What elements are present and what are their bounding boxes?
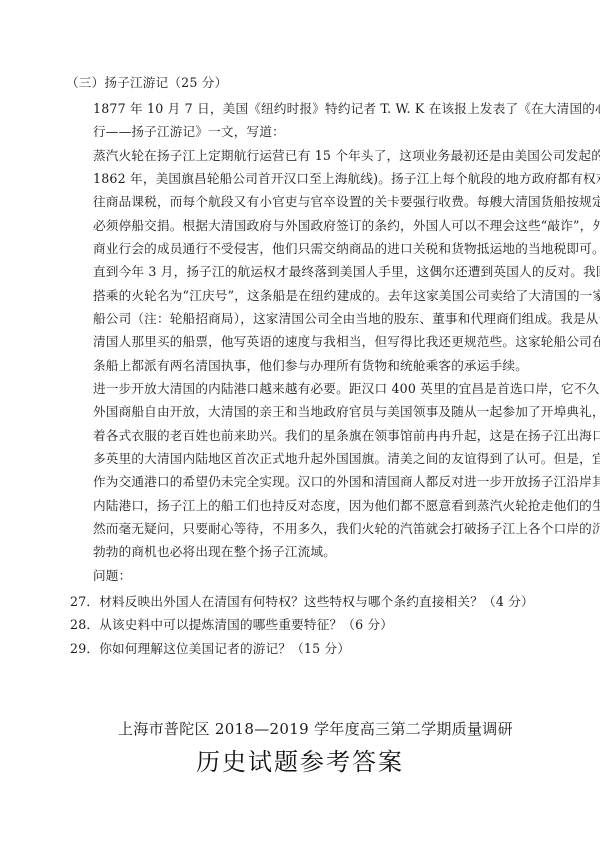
passage-line: 商业行会的成员通行不受侵害，他们只需交纳商品的进口关税和货物抵运地的当地税即可。 xyxy=(93,241,600,257)
question-29: 29．你如何理解这位美国记者的游记？（15 分） xyxy=(70,641,350,657)
passage-line: 清国人那里买的船票，他写英语的速度与我相当，但写得比我还更规范些。这家轮船公司在… xyxy=(93,334,600,350)
passage-line: 然而毫无疑问，只要耐心等待，不用多久，我们火轮的汽笛就会打破扬子江上各个口岸的沉… xyxy=(93,521,600,537)
passage-line: 搭乘的火轮名为“江庆号”，这条船是在纽约建成的。去年这家美国公司卖给了大清国的一… xyxy=(93,288,600,304)
document-page: （三）扬子江游记（25 分） 1877 年 10 月 7 日，美国《纽约时报》特… xyxy=(0,0,600,848)
passage-line: 条船上都派有两名清国执事，他们参与办理所有货物和统舱乘客的承运手续。 xyxy=(93,358,528,374)
answer-title: 历史试题参考答案 xyxy=(0,742,600,777)
passage-line: 1862 年，美国旗昌轮船公司首开汉口至上海航线)。扬子江上每个航段的地方政府都… xyxy=(93,171,600,187)
passage-line: 直到今年 3 月，扬子江的航运权才最终落到美国人手里，这偶尔还遭到英国人的反对。… xyxy=(93,264,600,280)
answer-subtitle: 上海市普陀区 2018—2019 学年度高三第二学期质量调研 xyxy=(118,718,513,739)
passage-line: 作为交通港口的希望仍未完全实现。汉口的外国和清国商人都反对进一步开放扬子江沿岸其… xyxy=(93,474,600,490)
passage-line: 行——扬子江游记》一文，写道： xyxy=(93,124,285,140)
passage-line: 着各式衣服的老百姓也前来助兴。我们的星条旗在领事馆前冉冉升起，这是在扬子江出海口… xyxy=(93,428,600,444)
section-title: （三）扬子江游记（25 分） xyxy=(66,75,227,91)
passage-line: 多英里的大清国内陆地区首次正式地升起外国国旗。清美之间的友谊得到了认可。但是，宜… xyxy=(93,451,600,467)
question-28: 28．从该史料中可以提炼清国的哪些重要特征？（6 分） xyxy=(70,617,393,633)
passage-line: 进一步开放大清国的内陆港口越来越有必要。距汉口 400 英里的宜昌是首选口岸，它… xyxy=(93,381,600,397)
passage-line: 往商品课税，而每个航段又有小官吏与官卒设置的关卡要强行收费。每艘大清国货船按规定… xyxy=(93,194,600,210)
passage-line: 1877 年 10 月 7 日，美国《纽约时报》特约记者 T. W. K 在该报… xyxy=(93,101,600,117)
question-27: 27．材料反映出外国人在清国有何特权？这些特权与哪个条约直接相关？（4 分） xyxy=(70,594,534,610)
passage-line: 勃勃的商机也必将出现在整个扬子江流域。 xyxy=(93,544,336,560)
passage-line: 必须停船交捐。根据大清国政府与外国政府签订的条约，外国人可以不理会这些“敲诈”，… xyxy=(93,218,600,234)
questions-label: 问题： xyxy=(93,568,131,584)
passage-line: 蒸汽火轮在扬子江上定期航行运营已有 15 个年头了，这项业务最初还是由美国公司发… xyxy=(93,148,600,164)
passage-line: 内陆港口，扬子江上的船工们也持反对态度，因为他们都不愿意看到蒸汽火轮抢走他们的生… xyxy=(93,498,600,514)
passage-line: 船公司（注：轮船招商局），这家清国公司全由当地的股东、董事和代理商们组成。我是从… xyxy=(93,311,600,327)
passage-line: 外国商船自由开放，大清国的亲王和当地政府官员与美国领事及随从一起参加了开埠典礼，… xyxy=(93,404,600,420)
